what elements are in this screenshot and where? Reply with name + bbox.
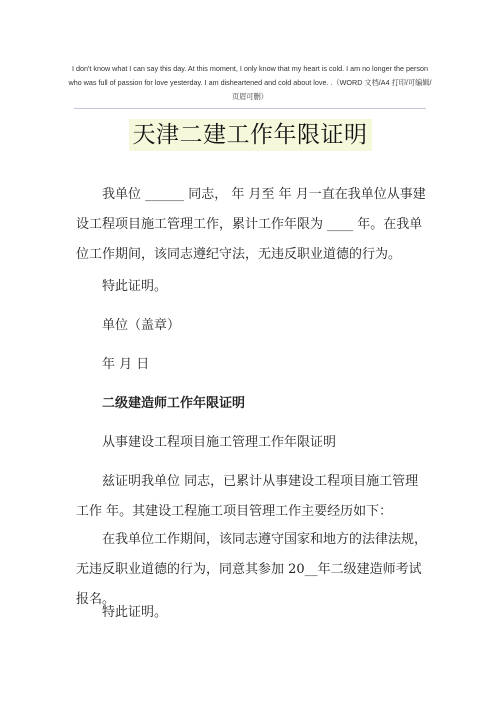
paragraph-certification-body: 我单位 ______ 同志， 年 月至 年 月一直在我单位从事建设工程项目施工管…	[76, 180, 428, 270]
section-heading: 二级建造师工作年限证明	[76, 389, 428, 419]
paragraph-hereby-certify: 特此证明。	[76, 272, 428, 302]
header-divider	[74, 108, 426, 109]
paragraph-experience: 兹证明我单位 同志，已累计从事建设工程项目施工管理工作 年。其建设工程施工项目管…	[76, 467, 428, 527]
paragraph-subtitle: 从事建设工程项目施工管理工作年限证明	[76, 428, 428, 458]
document-title: 天津二建工作年限证明	[129, 119, 372, 151]
title-container: 天津二建工作年限证明	[0, 119, 500, 151]
paragraph-date: 年 月 日	[76, 350, 428, 380]
paragraph-hereby-certify-2: 特此证明。	[76, 598, 428, 628]
paragraph-unit-seal: 单位（盖章）	[76, 311, 428, 341]
header-note: I don't know what I can say this day. At…	[68, 62, 432, 104]
